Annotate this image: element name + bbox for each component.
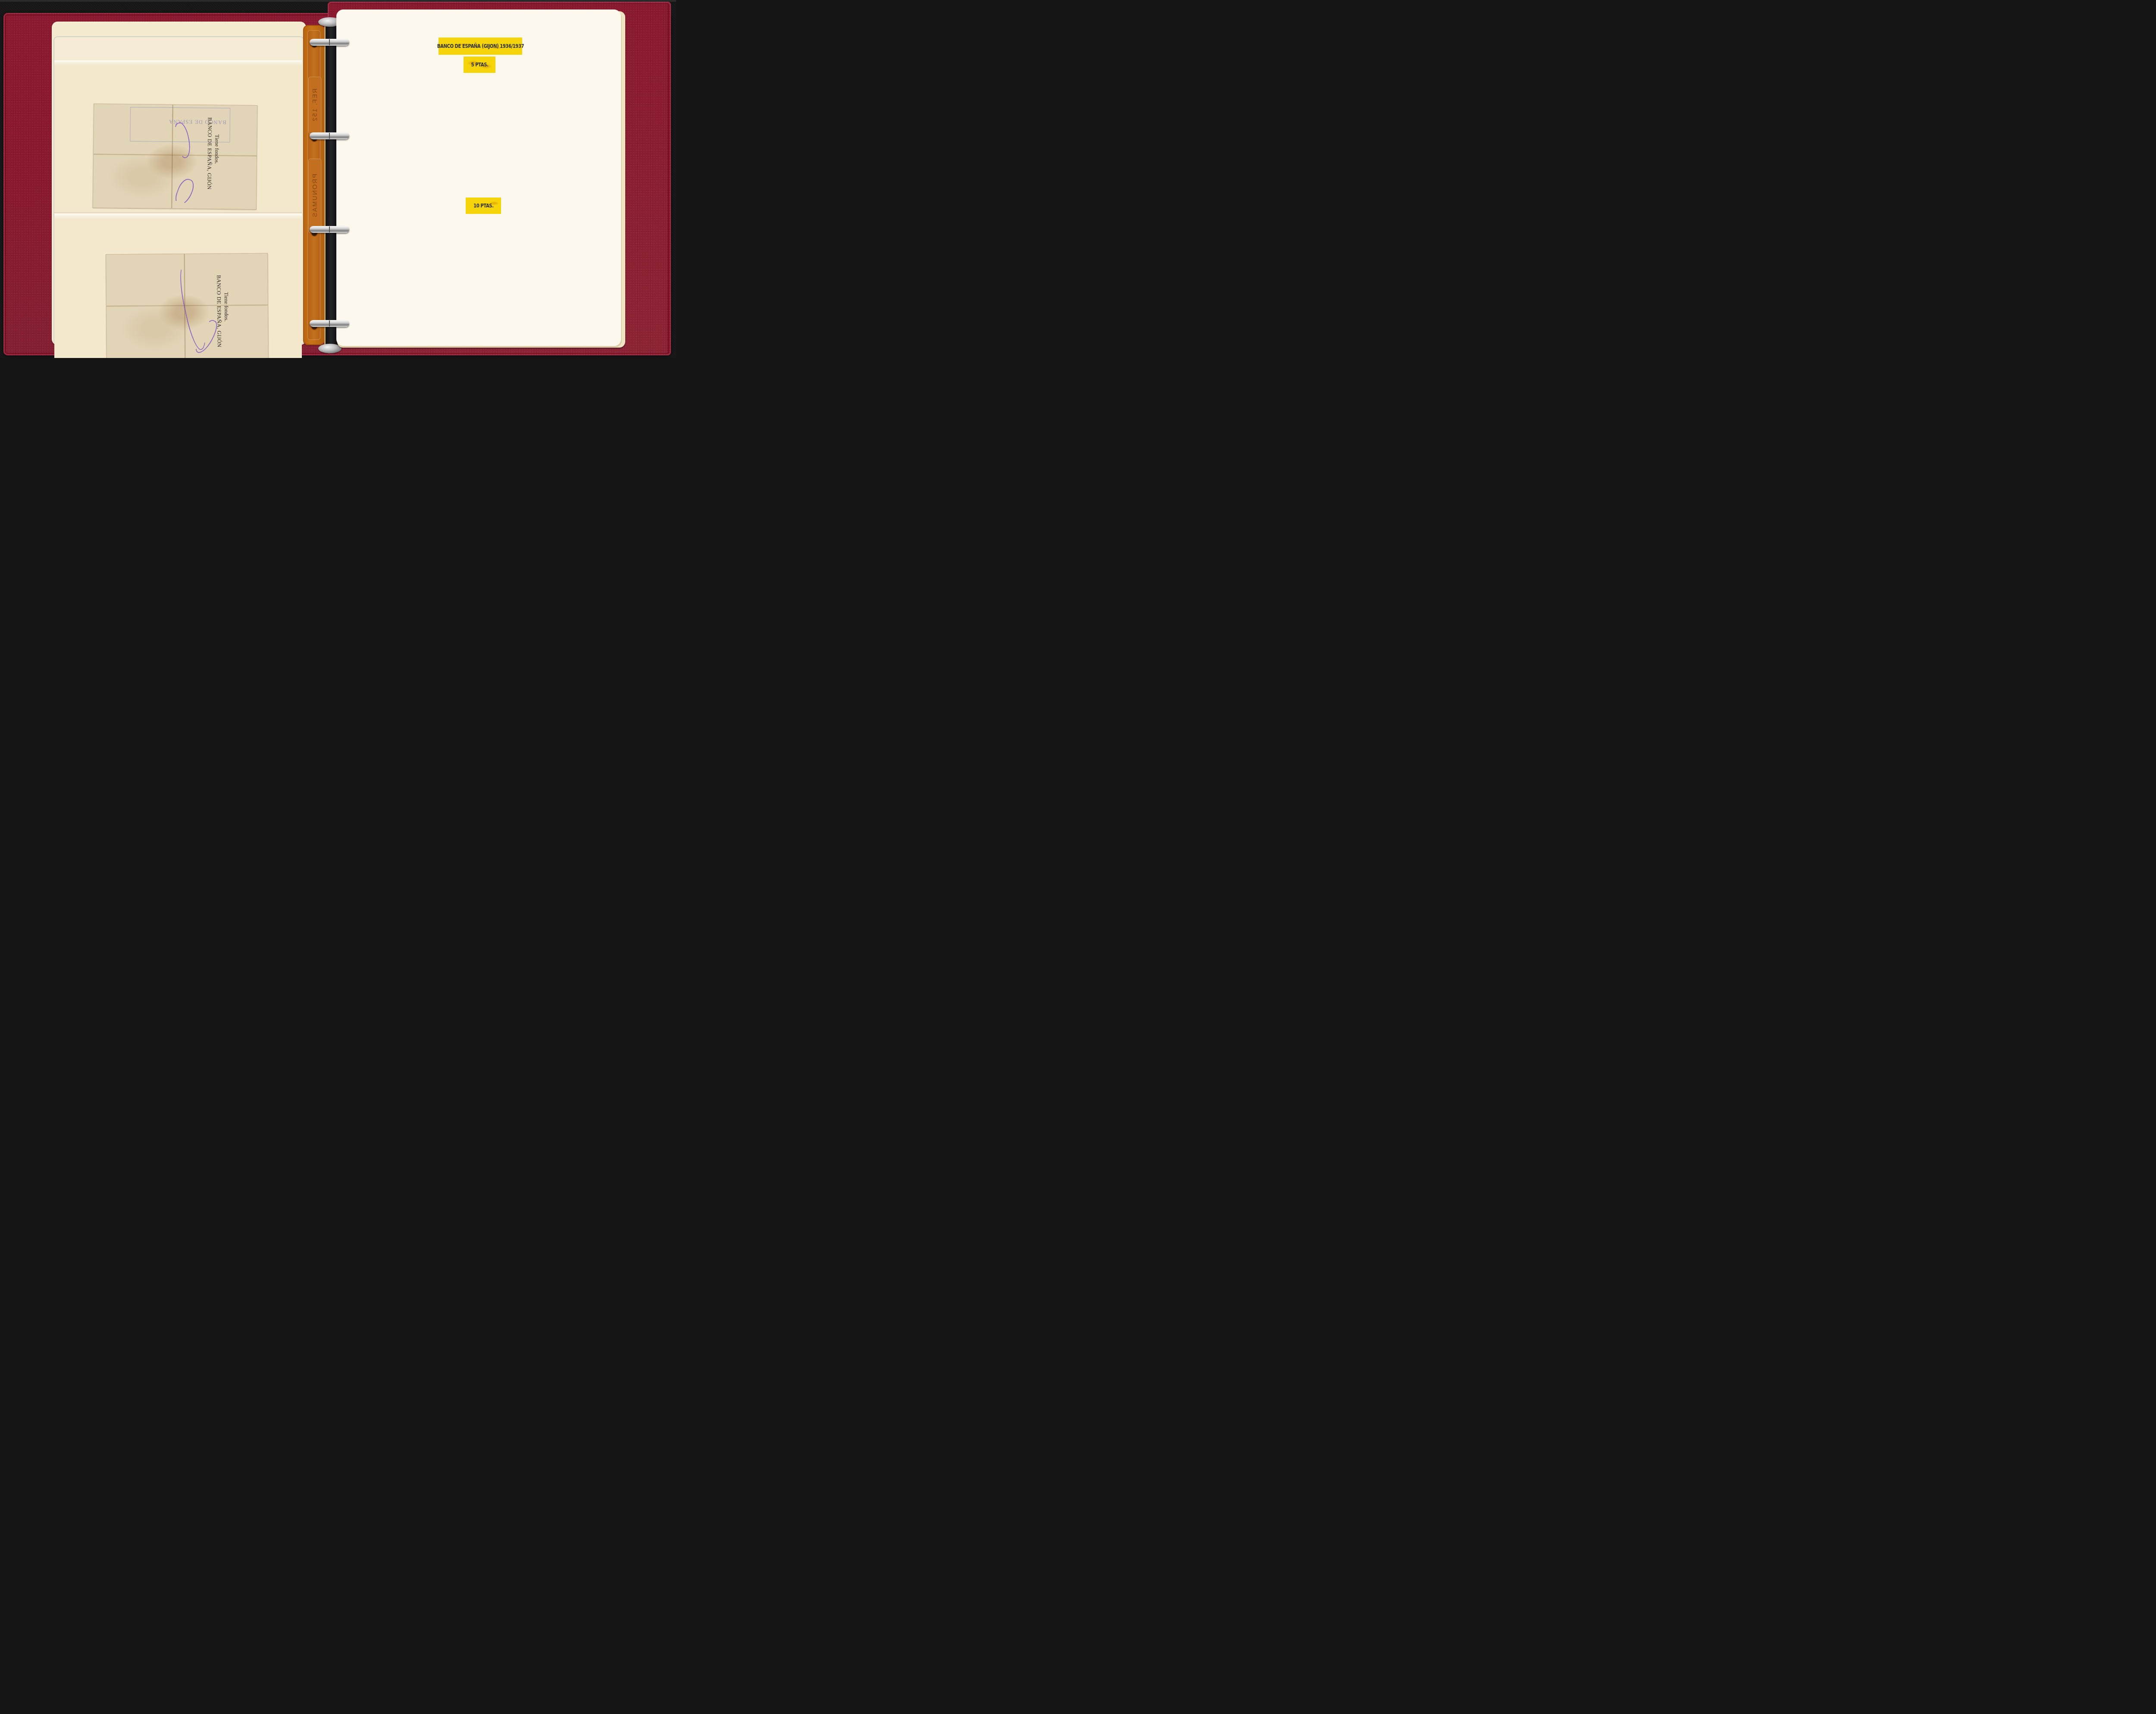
pocket-lip bbox=[54, 61, 302, 66]
label-10-ptas-text: 10 PTAS. bbox=[473, 203, 493, 209]
pocket-bottom[interactable]: Tiene fondos. BANCO DE ESPAÑA, GIJÓN bbox=[54, 214, 302, 358]
banknote-top[interactable]: BANCO DE ESPAÑA Tiene fondos. BANCO DE E… bbox=[93, 104, 258, 210]
label-5-ptas-text: 5 PTAS. bbox=[471, 62, 488, 68]
binding-tab-strip: REF. 152 PRONUMAS bbox=[303, 25, 325, 345]
ring-mechanism-bar bbox=[324, 24, 338, 346]
note-line-bank-name: BANCO DE ESPAÑA, GIJÓN bbox=[215, 275, 223, 347]
emboss-ref-text: REF. 152 bbox=[311, 88, 319, 122]
note-line-tiene-fondos: Tiene fondos. bbox=[213, 109, 221, 190]
emboss-brand-text: PRONUMAS bbox=[311, 174, 319, 218]
emboss-brand-label: PRONUMAS bbox=[308, 159, 321, 233]
fold-crease-horizontal bbox=[94, 154, 257, 157]
binder-ring-4[interactable] bbox=[310, 320, 349, 327]
binder-ring-3[interactable] bbox=[310, 226, 349, 233]
banknote-bottom[interactable]: Tiene fondos. BANCO DE ESPAÑA, GIJÓN bbox=[106, 253, 269, 358]
binder-ring-1[interactable] bbox=[310, 39, 349, 46]
label-5-ptas: 5 PTAS. bbox=[464, 57, 495, 73]
note-endorsement-text: Tiene fondos. BANCO DE ESPAÑA, GIJÓN bbox=[215, 275, 230, 347]
banknote-pocket-page[interactable]: BANCO DE ESPAÑA Tiene fondos. BANCO DE E… bbox=[52, 22, 306, 345]
signature-stroke bbox=[173, 176, 196, 207]
note-endorsement-text: Tiene fondos. BANCO DE ESPAÑA, GIJÓN bbox=[205, 117, 221, 190]
binder-ring-2[interactable] bbox=[310, 132, 349, 139]
label-title-text: BANCO DE ESPAÑA (GIJON) 1936/1937 bbox=[437, 43, 523, 49]
label-10-ptas: 10 PTAS. bbox=[466, 198, 501, 214]
label-title: BANCO DE ESPAÑA (GIJON) 1936/1937 bbox=[439, 38, 522, 55]
pocket-lip bbox=[54, 215, 302, 219]
emboss-ref-label: REF. 152 bbox=[308, 77, 321, 134]
note-line-tiene-fondos: Tiene fondos. bbox=[222, 266, 230, 347]
note-line-bank-name: BANCO DE ESPAÑA, GIJÓN bbox=[205, 117, 213, 190]
pocket-top[interactable]: BANCO DE ESPAÑA Tiene fondos. BANCO DE E… bbox=[54, 60, 302, 213]
